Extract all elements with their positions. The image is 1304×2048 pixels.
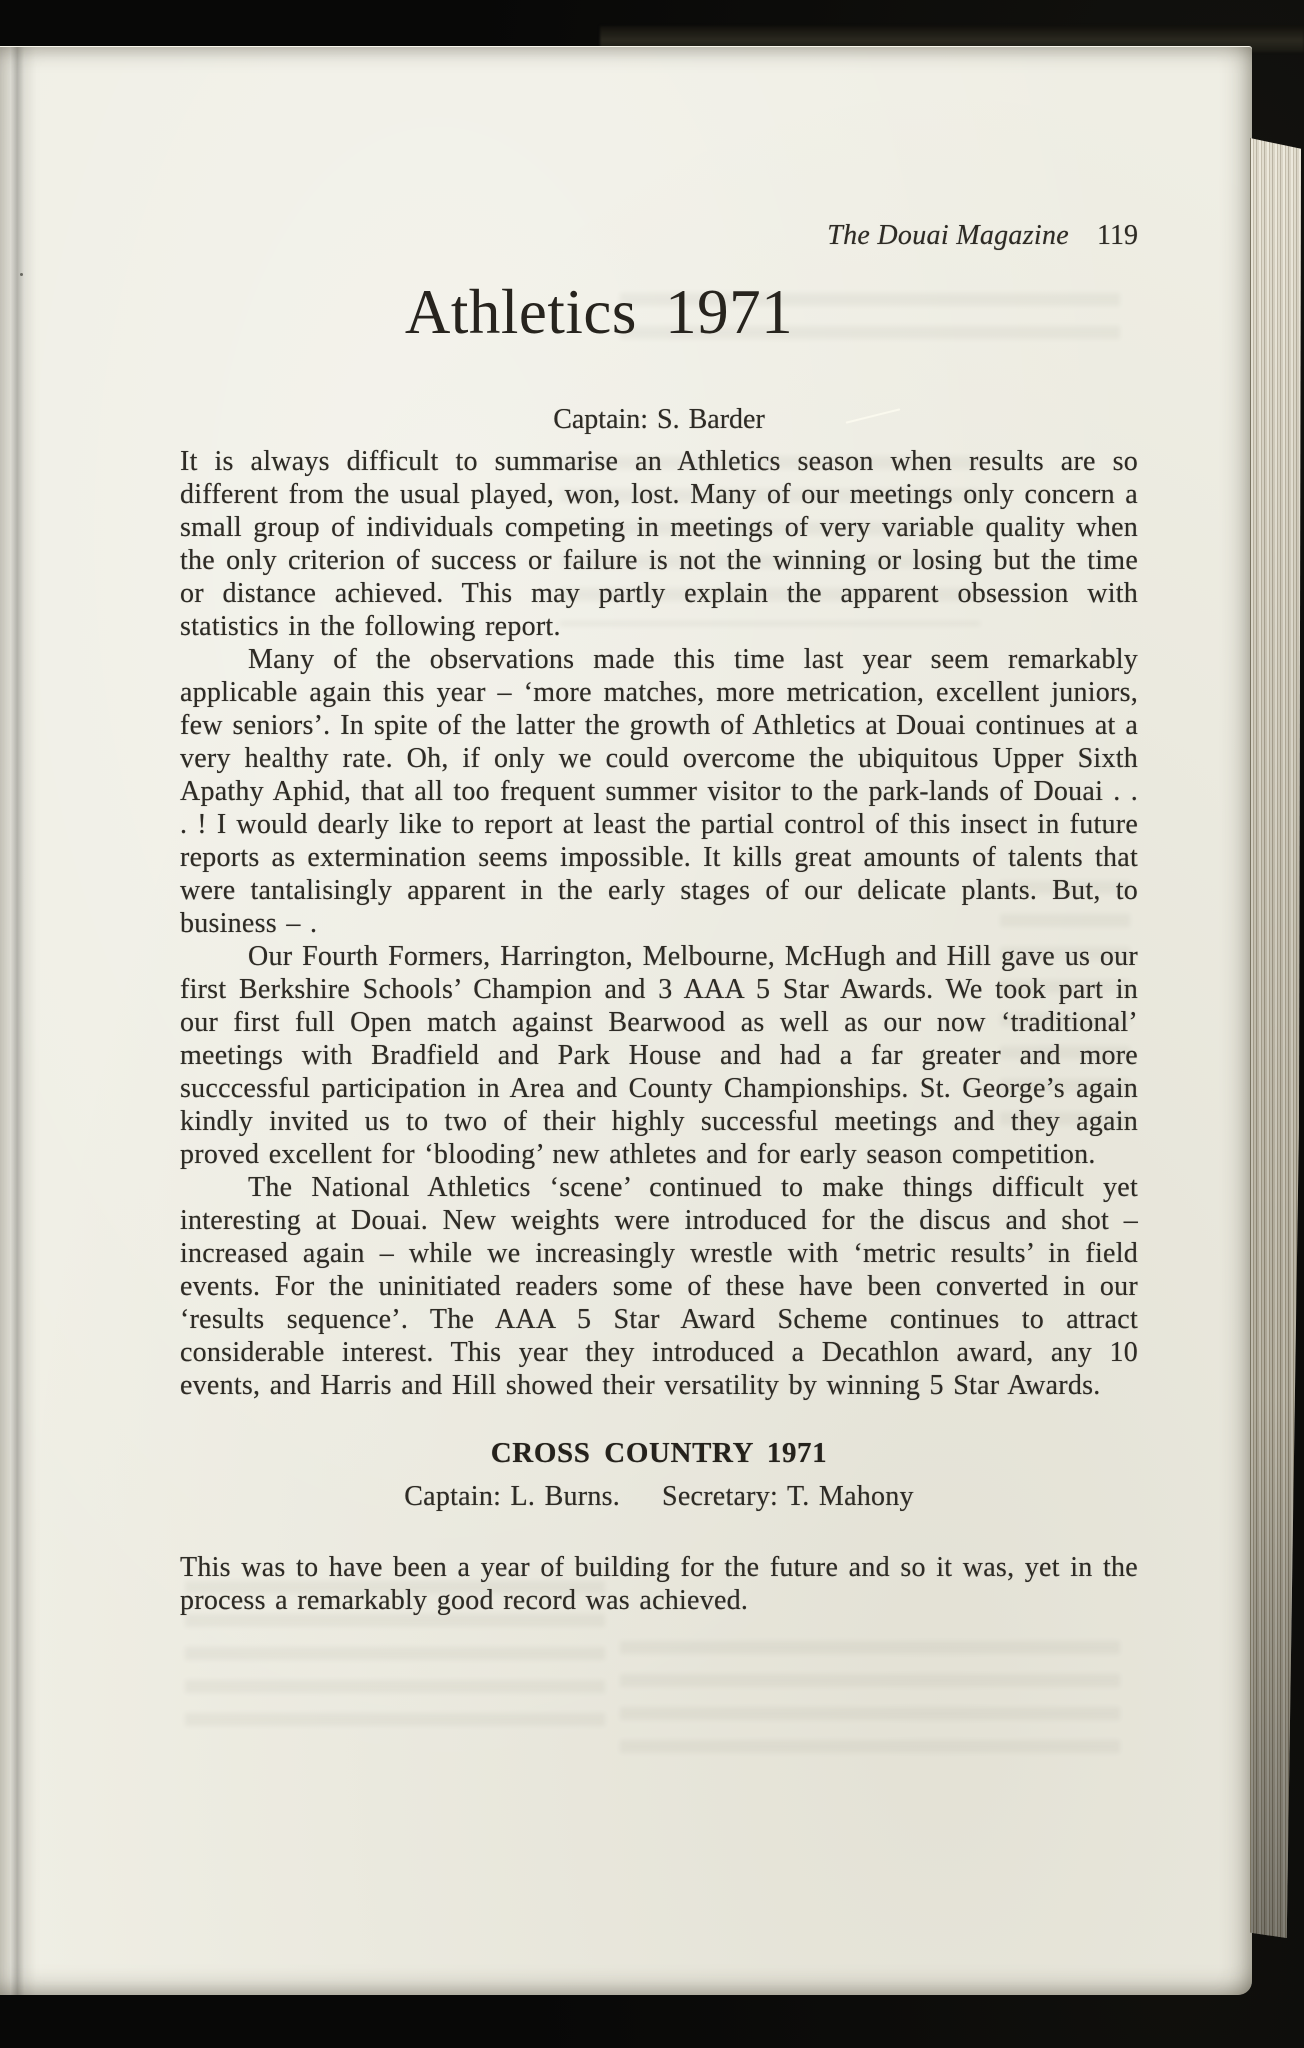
page-number: 119 [1097, 219, 1138, 253]
athletics-paragraph-3: Our Fourth Formers, Harrington, Melbourn… [180, 940, 1138, 1171]
magazine-title: The Douai Magazine [827, 220, 1069, 251]
cross-country-heading: CROSS COUNTRY 1971 [180, 1435, 1138, 1471]
scanned-book-photo: The Douai Magazine119 Athletics 1971 Cap… [0, 0, 1304, 2048]
running-header: The Douai Magazine119 [180, 219, 1138, 253]
magazine-page: The Douai Magazine119 Athletics 1971 Cap… [0, 46, 1252, 1995]
cross-country-paragraph: This was to have been a year of building… [180, 1551, 1138, 1617]
athletics-paragraph-4: The National Athletics ‘scene’ continued… [180, 1171, 1138, 1402]
article-body: It is always difficult to summarise an A… [180, 445, 1138, 1617]
showthrough-ghost [620, 1641, 1120, 1761]
cross-country-officials-line: Captain: L. Burns.Secretary: T. Mahony [180, 1480, 1138, 1514]
article-title: Athletics 1971 [120, 277, 1078, 347]
cross-country-captain: Captain: L. Burns. [404, 1481, 620, 1512]
cross-country-secretary: Secretary: T. Mahony [662, 1481, 914, 1512]
page-gutter-shadow [10, 47, 36, 1995]
dust-speck [20, 273, 23, 276]
athletics-captain-line: Captain: S. Barder [180, 403, 1138, 437]
athletics-paragraph-1: It is always difficult to summarise an A… [180, 445, 1138, 643]
athletics-paragraph-2: Many of the observations made this time … [180, 643, 1138, 940]
